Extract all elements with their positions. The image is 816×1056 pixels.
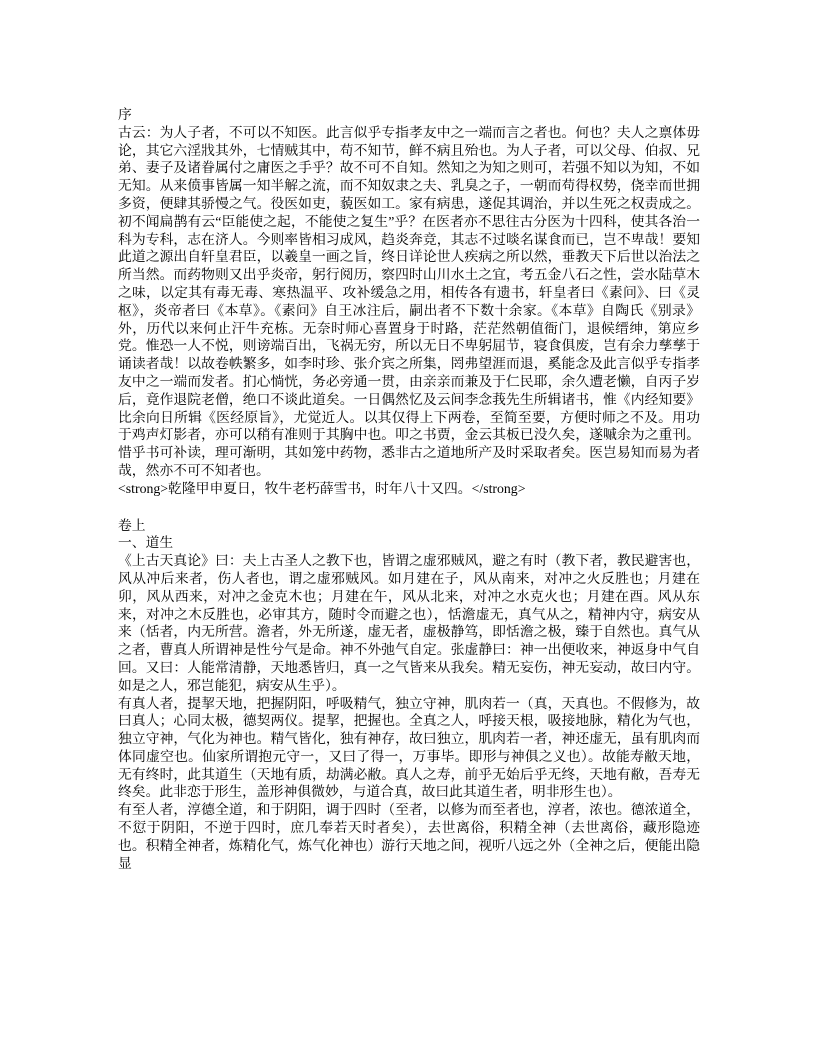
chapter-title: 一、道生 <box>118 534 700 552</box>
paragraph-zhenren: 有真人者，提挈天地，把握阴阳，呼吸精气，独立守神，肌肉若一（真，天真也。不假修为… <box>118 695 700 802</box>
volume-title: 卷上 <box>118 517 700 535</box>
preface-body: 古云：为人子者，不可以不知医。此言似乎专指孝友中之一端而言之者也。何也？夫人之禀… <box>118 124 700 480</box>
document-content: 序 古云：为人子者，不可以不知医。此言似乎专指孝友中之一端而言之者也。何也？夫人… <box>118 106 700 872</box>
paragraph-shanggu-tianzhen-lun: 《上古天真论》曰：夫上古圣人之教下也，皆谓之虚邪贼风，避之有时（教下者，教民避害… <box>118 552 700 694</box>
document-page: 序 古云：为人子者，不可以不知医。此言似乎专指孝友中之一端而言之者也。何也？夫人… <box>0 0 816 1056</box>
paragraph-zhiren: 有至人者，淳德全道，和于阴阳，调于四时（至者，以修为而至者也，淳者，浓也。德浓道… <box>118 801 700 872</box>
preface-signature-line: <strong>乾隆甲申夏日，牧牛老朽薛雪书，时年八十又四。</strong> <box>118 480 700 498</box>
preface-heading: 序 <box>118 106 700 124</box>
